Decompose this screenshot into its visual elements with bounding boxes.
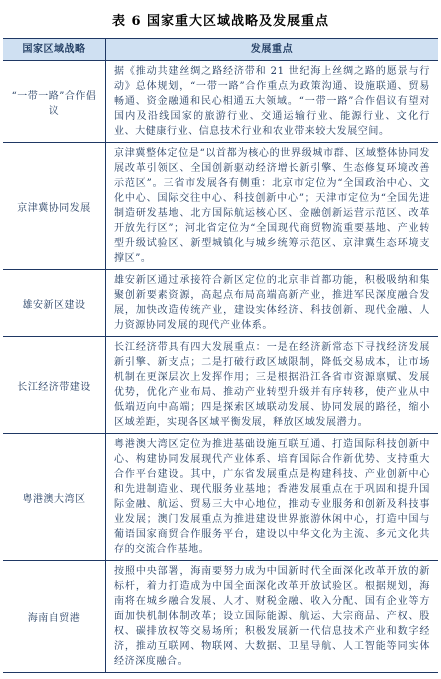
strategy-cell: 海南自贸港	[3, 561, 106, 672]
table-row: 粤港澳大湾区 粤港澳大湾区定位为推进基础设施互联互通、打造国际科技创新中心、构建…	[3, 434, 438, 561]
strategy-cell: 雄安新区建设	[3, 270, 106, 336]
focus-cell: 长江经济带具有四大发展重点：一是在经济新常态下寻找经济发展新引擎、新支点；二是打…	[106, 337, 438, 433]
table-row: 京津冀协同发展 京津冀整体定位是“以首都为核心的世界级城市群、区域整体协同发展改…	[3, 143, 438, 270]
table-row: 海南自贸港 按照中央部署，海南要努力成为中国新时代全面深化改革开放的新标杆，着力…	[3, 561, 438, 672]
strategy-cell: 粤港澳大湾区	[3, 434, 106, 560]
strategy-cell: “一带一路”合作倡议	[3, 61, 106, 142]
focus-cell: 按照中央部署，海南要努力成为中国新时代全面深化改革开放的新标杆，着力打造成为中国…	[106, 561, 438, 672]
table-row: “一带一路”合作倡议 据《推动共建丝绸之路经济带和 21 世纪海上丝绸之路的愿景…	[3, 61, 438, 143]
focus-cell: 据《推动共建丝绸之路经济带和 21 世纪海上丝绸之路的愿景与行动》总体规划，“一…	[106, 61, 438, 142]
table-header-row: 国家区域战略 发展重点	[3, 39, 438, 61]
focus-cell: 雄安新区通过承接符合新区定位的北京非首都功能，积极吸纳和集聚创新要素资源，高起点…	[106, 270, 438, 336]
document-page: 表 6 国家重大区域战略及发展重点 国家区域战略 发展重点 “一带一路”合作倡议…	[0, 0, 441, 679]
focus-cell: 粤港澳大湾区定位为推进基础设施互联互通、打造国际科技创新中心、构建协同发展现代产…	[106, 434, 438, 560]
table-row: 雄安新区建设 雄安新区通过承接符合新区定位的北京非首都功能，积极吸纳和集聚创新要…	[3, 270, 438, 337]
strategy-cell: 长江经济带建设	[3, 337, 106, 433]
table-row: 长江经济带建设 长江经济带具有四大发展重点：一是在经济新常态下寻找经济发展新引擎…	[3, 337, 438, 434]
header-focus: 发展重点	[106, 39, 438, 60]
focus-cell: 京津冀整体定位是“以首都为核心的世界级城市群、区域整体协同发展改革引领区、全国创…	[106, 143, 438, 269]
header-strategy: 国家区域战略	[3, 39, 106, 60]
strategy-cell: 京津冀协同发展	[3, 143, 106, 269]
regional-strategy-table: 国家区域战略 发展重点 “一带一路”合作倡议 据《推动共建丝绸之路经济带和 21…	[3, 38, 438, 673]
table-title: 表 6 国家重大区域战略及发展重点	[3, 10, 438, 29]
